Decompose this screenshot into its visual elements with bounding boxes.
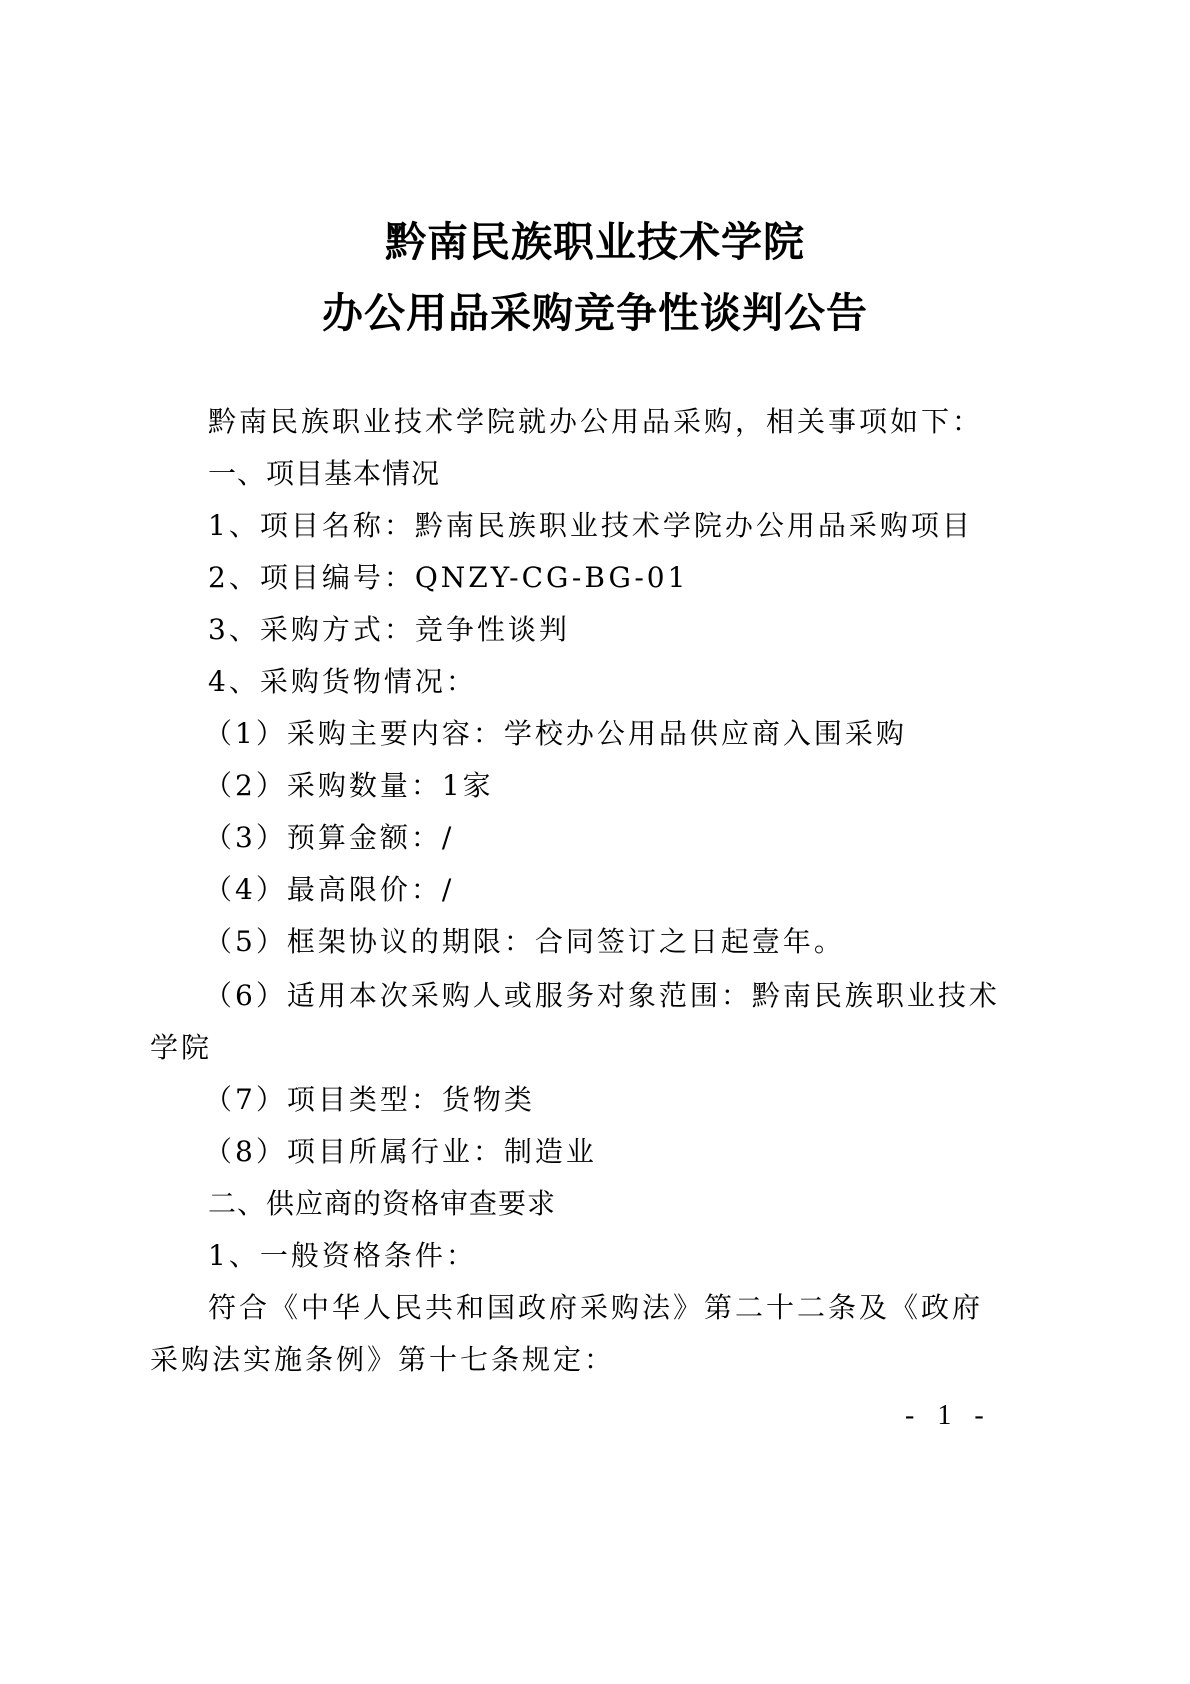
document-title-line2: 办公用品采购竞争性谈判公告 [0, 293, 1190, 334]
subitem-quantity: （2）采购数量：1家 [204, 772, 494, 800]
item-procurement-method: 3、采购方式：竞争性谈判 [208, 616, 570, 644]
subitem-max-price: （4）最高限价：/ [204, 876, 454, 904]
document-page: 黔南民族职业技术学院 办公用品采购竞争性谈判公告 黔南民族职业技术学院就办公用品… [0, 0, 1190, 1684]
subitem-main-content: （1）采购主要内容：学校办公用品供应商入围采购 [204, 720, 907, 748]
qualification-paragraph-line1: 符合《中华人民共和国政府采购法》第二十二条及《政府 [208, 1294, 983, 1322]
subitem-agreement-term: （5）框架协议的期限：合同签订之日起壹年。 [204, 928, 845, 956]
document-title-line1: 黔南民族职业技术学院 [0, 222, 1190, 263]
subitem-budget: （3）预算金额：/ [204, 824, 454, 852]
item-general-qualification: 1、一般资格条件： [208, 1242, 477, 1270]
section2-heading: 二、供应商的资格审查要求 [208, 1190, 556, 1218]
subitem-project-type: （7）项目类型：货物类 [204, 1086, 535, 1114]
qualification-paragraph-line2: 采购法实施条例》第十七条规定： [150, 1346, 615, 1374]
subitem-scope-continued: 学院 [150, 1034, 212, 1062]
item-project-name: 1、项目名称：黔南民族职业技术学院办公用品采购项目 [208, 512, 973, 540]
page-number: - 1 - [905, 1402, 992, 1430]
intro-paragraph: 黔南民族职业技术学院就办公用品采购，相关事项如下： [208, 408, 983, 436]
section1-heading: 一、项目基本情况 [208, 460, 440, 488]
item-project-number: 2、项目编号：QNZY-CG-BG-01 [208, 564, 688, 592]
subitem-industry: （8）项目所属行业：制造业 [204, 1138, 597, 1166]
subitem-scope: （6）适用本次采购人或服务对象范围：黔南民族职业技术 [204, 982, 1000, 1010]
item-goods-info: 4、采购货物情况： [208, 668, 477, 696]
